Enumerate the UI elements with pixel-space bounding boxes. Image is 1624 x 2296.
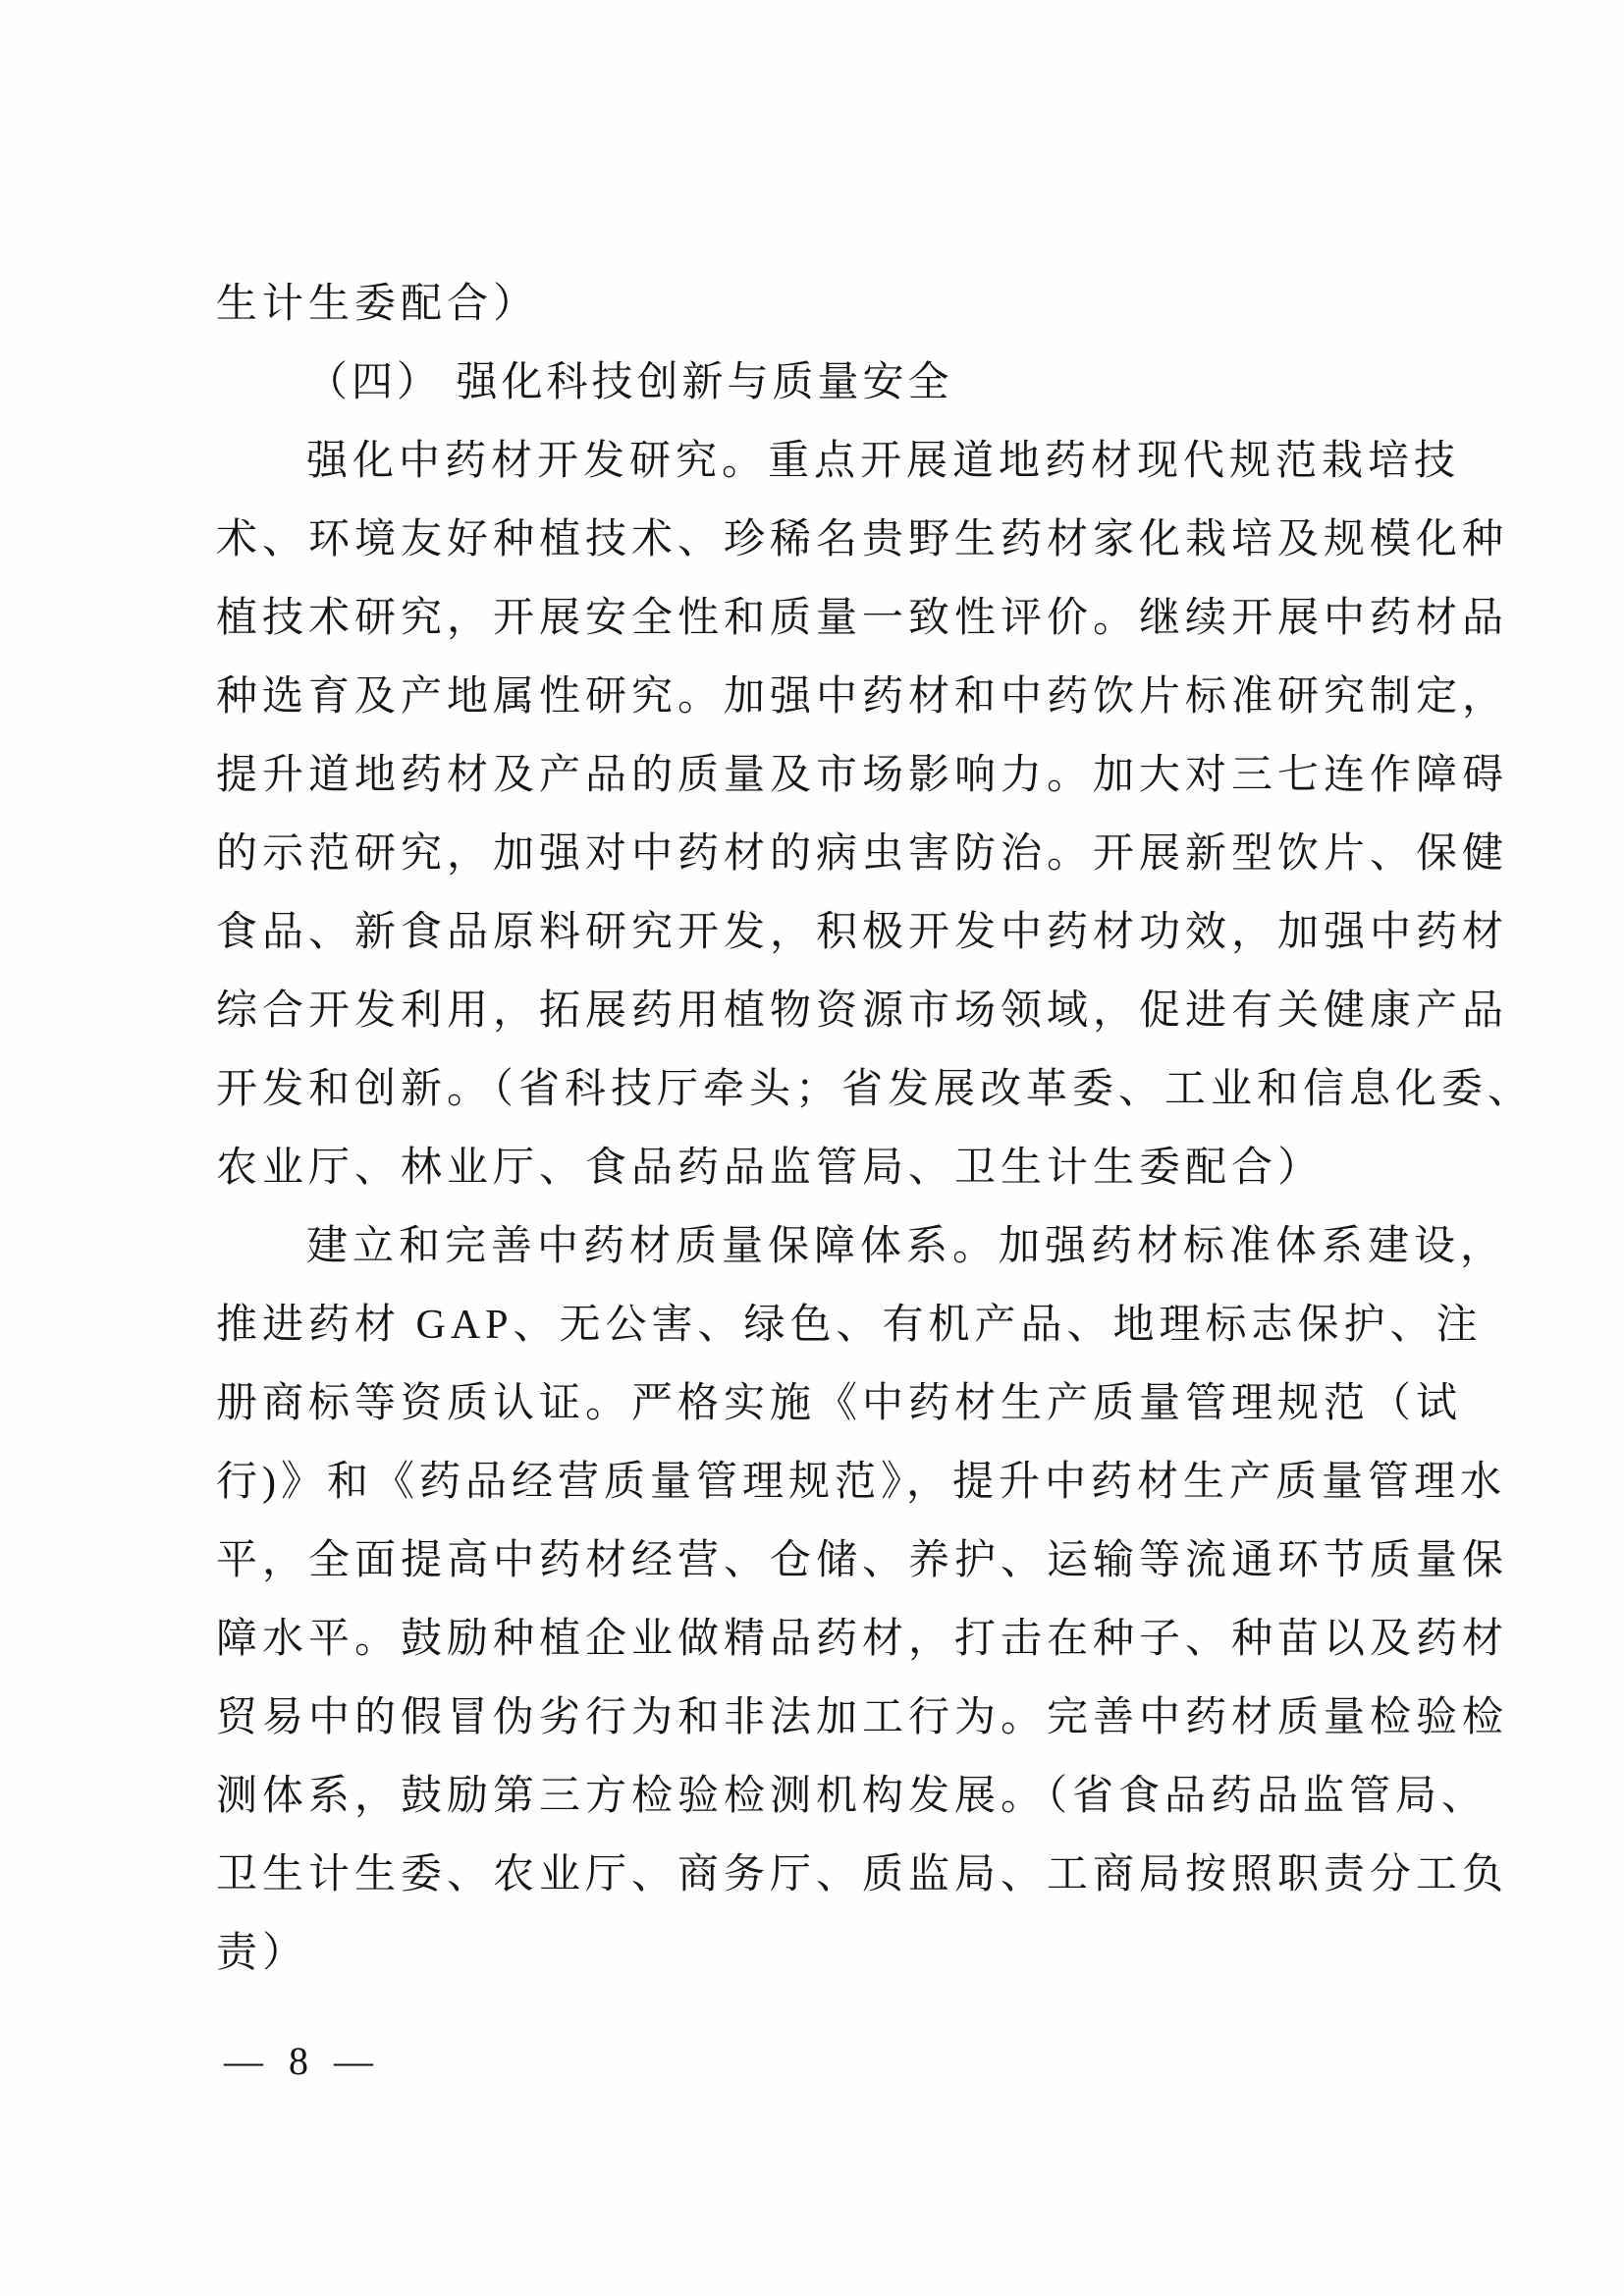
text-line: 术、环境友好种植技术、珍稀名贵野生药材家化栽培及规模化种: [216, 501, 1492, 579]
paragraph-first-line: 强化中药材开发研究。重点开展道地药材现代规范栽培技: [216, 422, 1492, 501]
text-line: 册商标等资质认证。严格实施《中药材生产质量管理规范（试: [216, 1364, 1492, 1443]
document-body: 生计生委配合） （四） 强化科技创新与质量安全 强化中药材开发研究。重点开展道地…: [216, 265, 1492, 1993]
text-line: 推进药材 GAP、无公害、绿色、有机产品、地理标志保护、注: [216, 1286, 1492, 1364]
text-line: 生计生委配合）: [216, 265, 1492, 344]
section-heading: （四） 强化科技创新与质量安全: [216, 344, 1492, 422]
text-line: 障水平。鼓励种植企业做精品药材，打击在种子、种苗以及药材: [216, 1600, 1492, 1679]
footer-dash-right: —: [334, 2040, 373, 2083]
text-line: 测体系，鼓励第三方检验检测机构发展。（省食品药品监管局、: [216, 1757, 1492, 1836]
page-footer: — 8 —: [224, 2040, 373, 2083]
page-number: 8: [289, 2040, 308, 2083]
text-line: 食品、新食品原料研究开发，积极开发中药材功效，加强中药材: [216, 893, 1492, 972]
text-line: 的示范研究，加强对中药材的病虫害防治。开展新型饮片、保健: [216, 815, 1492, 893]
text-line: 卫生计生委、农业厅、商务厅、质监局、工商局按照职责分工负: [216, 1836, 1492, 1914]
text-line: 综合开发利用，拓展药用植物资源市场领域，促进有关健康产品: [216, 972, 1492, 1050]
text-line: 农业厅、林业厅、食品药品监管局、卫生计生委配合）: [216, 1129, 1492, 1207]
paragraph-first-line: 建立和完善中药材质量保障体系。加强药材标准体系建设，: [216, 1207, 1492, 1286]
footer-dash-left: —: [224, 2040, 263, 2083]
text-line: 种选育及产地属性研究。加强中药材和中药饮片标准研究制定，: [216, 658, 1492, 736]
text-line: 行)》和《药品经营质量管理规范》，提升中药材生产质量管理水: [216, 1443, 1492, 1522]
text-line: 提升道地药材及产品的质量及市场影响力。加大对三七连作障碍: [216, 736, 1492, 815]
text-line: 责）: [216, 1914, 1492, 1993]
text-line: 贸易中的假冒伪劣行为和非法加工行为。完善中药材质量检验检: [216, 1679, 1492, 1757]
text-line: 开发和创新。（省科技厅牵头；省发展改革委、工业和信息化委、: [216, 1050, 1492, 1129]
text-line: 植技术研究，开展安全性和质量一致性评价。继续开展中药材品: [216, 579, 1492, 658]
document-page: 生计生委配合） （四） 强化科技创新与质量安全 强化中药材开发研究。重点开展道地…: [0, 0, 1624, 2296]
text-line: 平，全面提高中药材经营、仓储、养护、运输等流通环节质量保: [216, 1522, 1492, 1600]
